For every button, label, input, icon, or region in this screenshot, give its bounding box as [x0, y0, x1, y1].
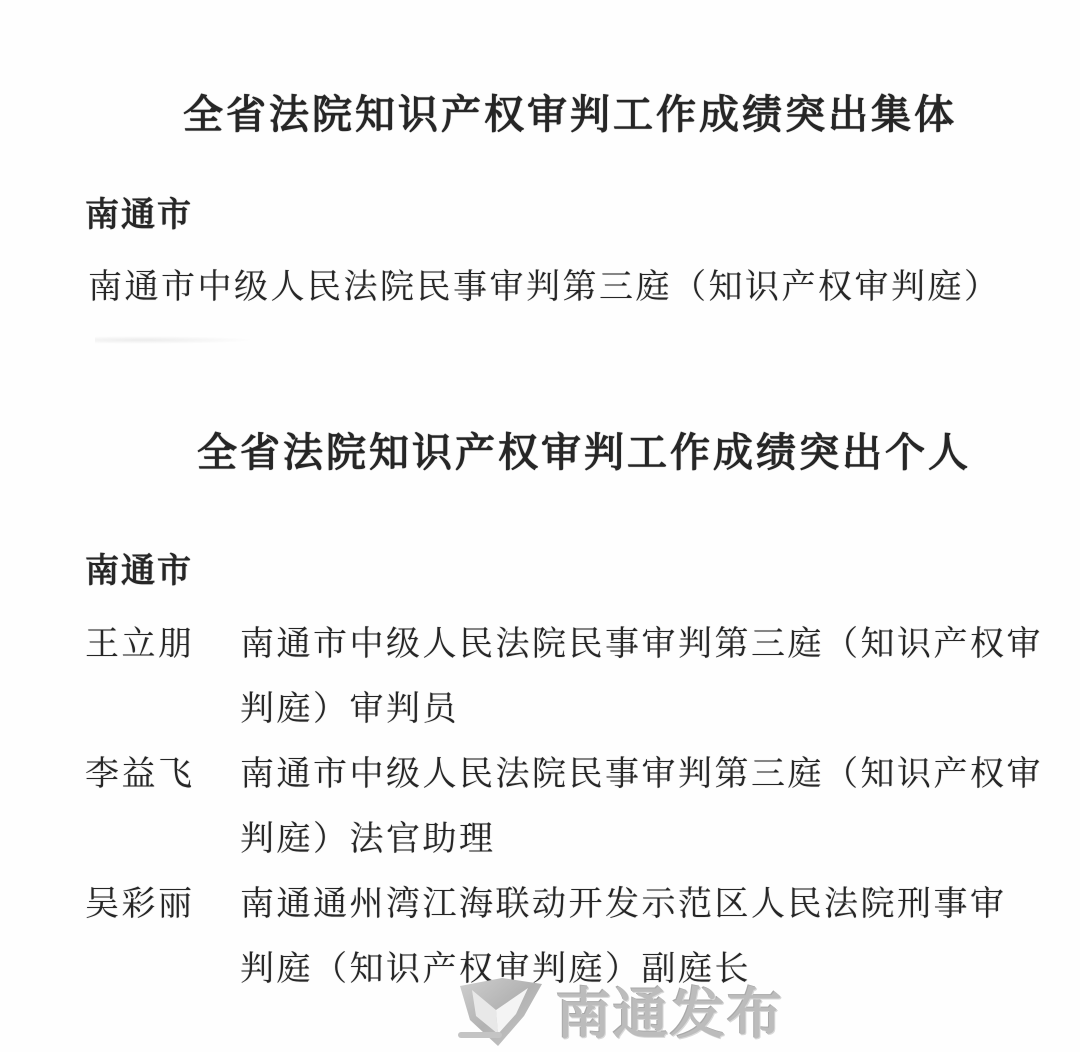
- document-page: 全省法院知识产权审判工作成绩突出集体 南通市 南通市中级人民法院民事审判第三庭（…: [0, 0, 1080, 1052]
- individual-name: 王立朋: [85, 612, 205, 677]
- individuals-section-title: 全省法院知识产权审判工作成绩突出个人: [44, 424, 1080, 482]
- collective-city-heading: 南通市: [0, 192, 1080, 240]
- description-line: 南通通州湾江海联动开发示范区人民法院刑事审: [240, 872, 1060, 937]
- collective-entry-text: 南通市中级人民法院民事审判第三庭（知识产权审判庭）: [0, 262, 1080, 314]
- collective-section-title: 全省法院知识产权审判工作成绩突出集体: [30, 0, 1080, 144]
- individual-entry: 王立朋 南通市中级人民法院民事审判第三庭（知识产权审 判庭）审判员: [85, 612, 1080, 742]
- description-line: 判庭）法官助理: [240, 807, 1060, 872]
- individuals-list: 王立朋 南通市中级人民法院民事审判第三庭（知识产权审 判庭）审判员 李益飞 南通…: [0, 612, 1080, 1002]
- scan-smudge-artifact: [95, 336, 255, 344]
- description-line: 判庭）审判员: [240, 677, 1060, 742]
- watermark: 南通发布: [446, 976, 784, 1052]
- description-line: 南通市中级人民法院民事审判第三庭（知识产权审: [240, 612, 1060, 677]
- individuals-city-heading: 南通市: [0, 548, 1080, 596]
- nantong-fabu-logo-icon: [446, 976, 550, 1052]
- individual-entry: 李益飞 南通市中级人民法院民事审判第三庭（知识产权审 判庭）法官助理: [85, 742, 1080, 872]
- description-line: 南通市中级人民法院民事审判第三庭（知识产权审: [240, 742, 1060, 807]
- individual-description: 南通市中级人民法院民事审判第三庭（知识产权审 判庭）法官助理: [240, 742, 1060, 872]
- individual-name: 李益飞: [85, 742, 205, 807]
- individual-description: 南通市中级人民法院民事审判第三庭（知识产权审 判庭）审判员: [240, 612, 1060, 742]
- watermark-text: 南通发布: [556, 978, 784, 1050]
- individual-name: 吴彩丽: [85, 872, 205, 937]
